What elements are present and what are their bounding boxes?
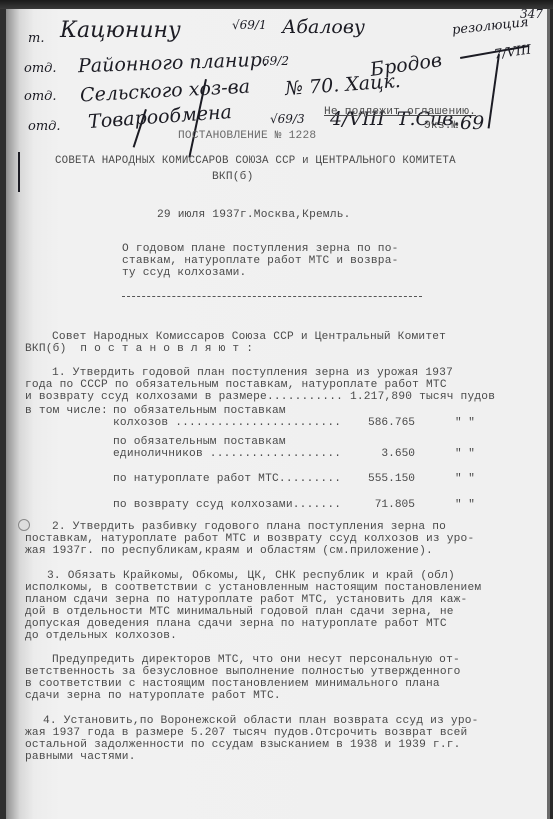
pen-stroke: [488, 54, 500, 129]
breakdown-4-value: 71.805: [335, 499, 415, 511]
breakdown-2-unit: " ": [455, 448, 475, 460]
point1-line-3: и возврату ссуд колхозами в размере.....…: [25, 391, 495, 403]
point3-line-3: планом сдачи зерна по натуроплате работ …: [25, 594, 467, 606]
point1-intro: в том числе:: [25, 405, 108, 417]
handwritten-resolution: резолюция: [451, 13, 529, 41]
binder-hole: [18, 519, 30, 531]
scan-top-edge: [0, 0, 553, 9]
warning-line-2: ветственность за безусловное выполнение …: [25, 666, 461, 678]
point1-line-1: 1. Утвердить годовой план поступления зе…: [52, 367, 453, 379]
handwritten-recipient-4: Товарообмена: [87, 102, 232, 132]
point4-line-3: остальной задолженности по ссудам взыска…: [25, 739, 461, 751]
handwritten-recipient-2: Районного планир.: [78, 50, 269, 77]
breakdown-1-value: 586.765: [335, 417, 415, 429]
handwritten-ref-1: √69/1: [232, 15, 267, 35]
copy-number: 69: [460, 113, 484, 133]
breakdown-2-label-a: по обязательным поставкам: [113, 436, 286, 448]
subject-divider: [122, 296, 422, 297]
warning-line-4: сдачи зерна по натуроплате работ МТС.: [25, 690, 281, 702]
handwritten-ref-4: √69/3: [270, 109, 305, 129]
point3-line-1: 3. Обязать Крайкомы, Обкомы, ЦК, СНК рес…: [47, 570, 455, 582]
handwritten-ref-2: 69/2: [262, 51, 289, 71]
issuer-line-2: ВКП(б): [212, 171, 253, 183]
decree-title: ПОСТАНОВЛЕНИЕ № 1228: [178, 130, 316, 142]
breakdown-4-unit: " ": [455, 499, 475, 511]
date-place: 29 июля 1937г.Москва,Кремль.: [157, 209, 351, 221]
breakdown-1-label-b: колхозов ........................: [113, 417, 341, 429]
handwritten-prefix-3: отд.: [24, 87, 57, 107]
handwritten-extra-1: Абалову: [282, 17, 365, 37]
warning-line-3: в соответствии с настоящим постановление…: [25, 678, 440, 690]
handwritten-extra-2: № 70. Хацк.: [284, 71, 401, 99]
point4-line-1: 4. Установить,по Воронежской области пла…: [43, 715, 479, 727]
handwritten-prefix-4: отд.: [28, 117, 61, 137]
subject-line-2: ставкам, натуроплате работ МТС и возвра-: [122, 255, 399, 267]
point4-line-2: жая 1937 года в размере 5.207 тысяч пудо…: [25, 727, 467, 739]
copy-label: Экз.№: [424, 120, 459, 132]
point2-line-1: 2. Утвердить разбивку годового плана пос…: [52, 521, 446, 533]
handwritten-recipient-1: Кацюнину: [60, 21, 181, 41]
breakdown-1-unit: " ": [455, 417, 475, 429]
subject-line-3: ту ссуд колхозами.: [122, 267, 246, 279]
point1-line-2: года по СССР по обязательным поставкам, …: [25, 379, 447, 391]
breakdown-2-value: 3.650: [335, 448, 415, 460]
preamble-line-1: Совет Народных Комиссаров Союза ССР и Це…: [52, 331, 446, 343]
handwritten-prefix-1: т.: [28, 29, 44, 49]
breakdown-4-label: по возврату ссуд колхозами.......: [113, 499, 341, 511]
subject-line-1: О годовом плане поступления зерна по по-: [122, 243, 399, 255]
breakdown-3-value: 555.150: [335, 473, 415, 485]
scan-left-edge: [0, 9, 6, 819]
preamble-line-2: ВКП(б) п о с т а н о в л я ю т :: [25, 343, 253, 355]
point3-line-4: дой в отдельности МТС минимальный годово…: [25, 606, 454, 618]
breakdown-3-unit: " ": [455, 473, 475, 485]
point2-line-3: жая 1937г. по республикам,краям и област…: [25, 545, 433, 557]
issuer-line-1: СОВЕТА НАРОДНЫХ КОМИССАРОВ СОЮЗА ССР и Ц…: [55, 155, 456, 167]
handwritten-prefix-2: отд.: [24, 59, 57, 79]
point3-line-2: исполкомы, в соответствии с установленны…: [25, 582, 481, 594]
breakdown-3-label: по натуроплате работ МТС.........: [113, 473, 341, 485]
pen-stroke: [18, 152, 20, 192]
warning-line-1: Предупредить директоров МТС, что они нес…: [52, 654, 460, 666]
restriction-notice: Не подлежит оглашению.: [324, 106, 476, 118]
breakdown-1-label-a: по обязательным поставкам: [113, 405, 286, 417]
point4-line-4: равными частями.: [25, 751, 136, 763]
point3-line-6: до отдельных колхозов.: [25, 630, 177, 642]
point3-line-5: допуская доведения плана сдачи зерна по …: [25, 618, 447, 630]
document-page: 347 т. Кацюнину √69/1 Абалову резолюция …: [0, 9, 550, 819]
point2-line-2: поставкам, натуроплате работ МТС и возвр…: [25, 533, 474, 545]
breakdown-2-label-b: единоличников ...................: [113, 448, 341, 460]
